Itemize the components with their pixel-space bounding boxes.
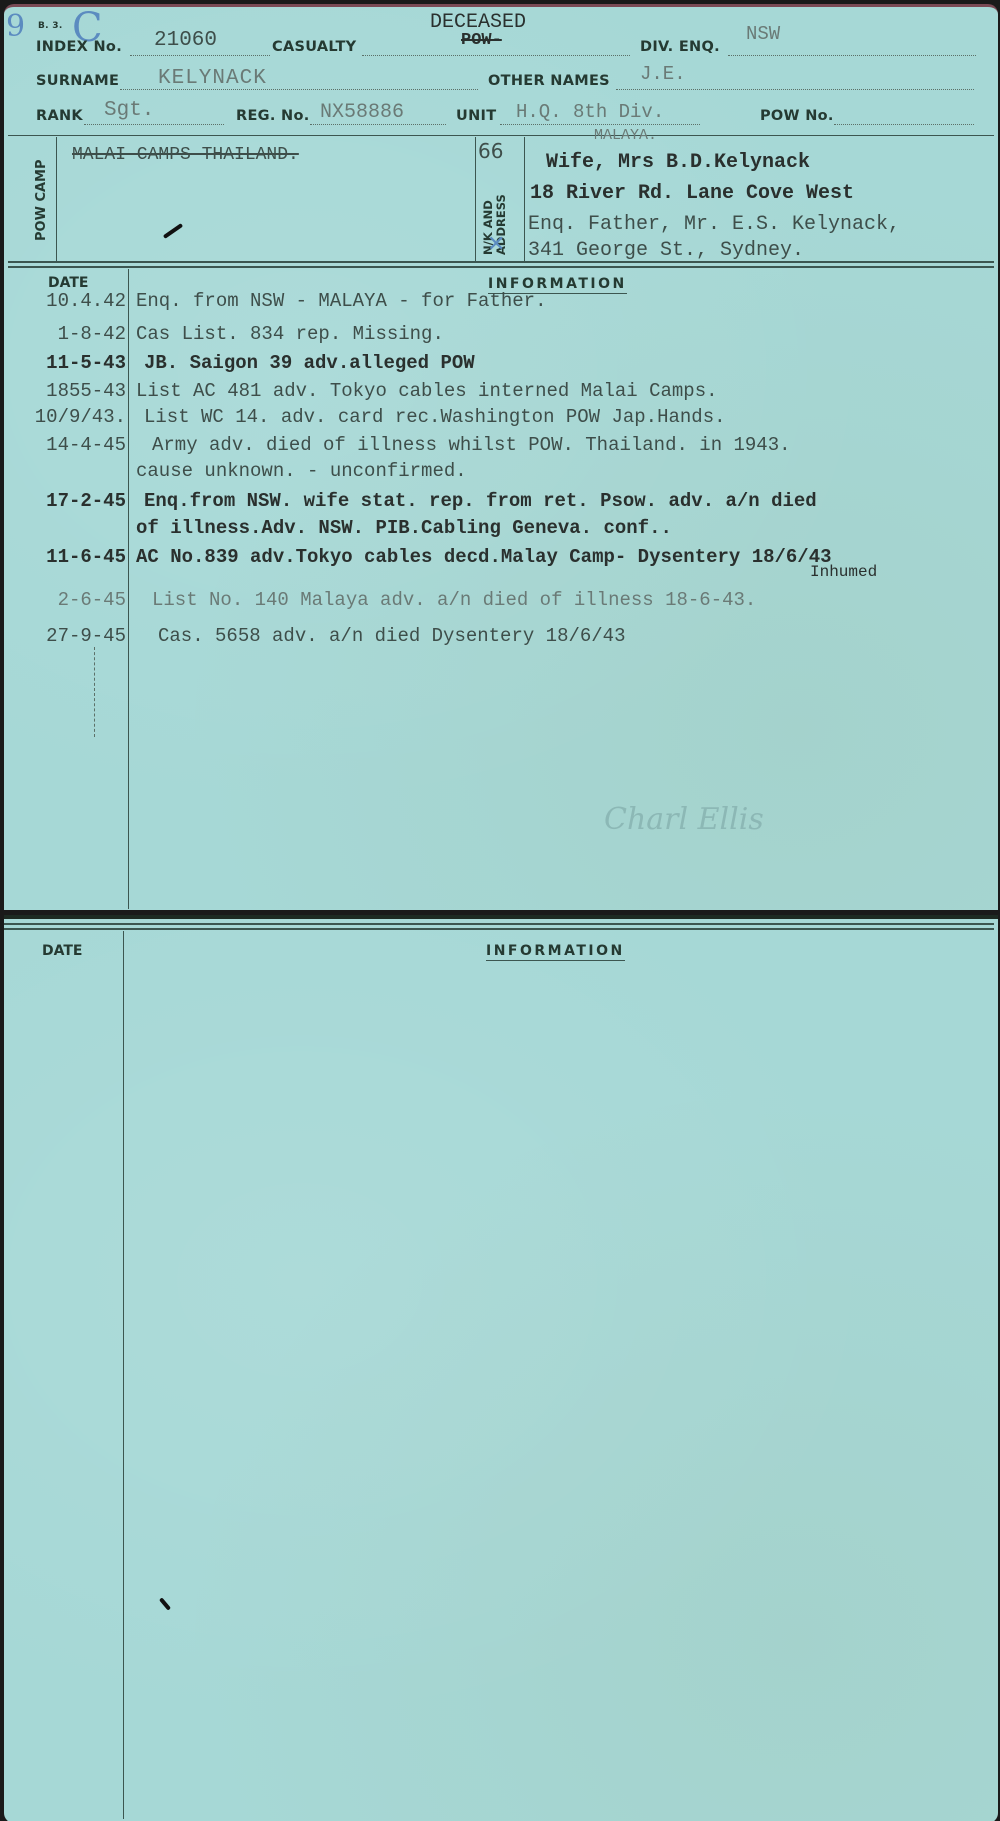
div-enq-label: DIV. ENQ. [640, 39, 720, 55]
nok-line-3: Enq. Father, Mr. E.S. Kelynack, [528, 213, 900, 236]
log-entry-date: 2-6-45 [4, 589, 126, 611]
log-entry-text: Cas. 5658 adv. a/n died Dysentery 18/6/4… [158, 625, 625, 647]
surname-label: SURNAME [36, 73, 119, 89]
other-names-value: J.E. [640, 63, 686, 85]
nok-region-note: MALAYA. [594, 127, 657, 144]
reg-no-label: REG. No. [236, 108, 310, 124]
back-info-header: INFORMATION [486, 943, 625, 961]
log-entry-date: 10/9/43. [4, 406, 126, 428]
box-top-rule [8, 135, 994, 136]
log-entry-date: 11-5-43 [4, 352, 126, 374]
rank-dots [84, 124, 224, 125]
pen-tick-mark [163, 223, 183, 239]
pow-camp-divider [56, 137, 57, 261]
div-enq-value: NSW [746, 23, 780, 45]
pencil-guide-line [94, 647, 95, 737]
log-entry-text: Enq.from NSW. wife stat. rep. from ret. … [144, 490, 817, 512]
log-entry-date: 17-2-45 [4, 490, 126, 512]
nok-line-2: 18 River Rd. Lane Cove West [530, 182, 854, 205]
log-entry-text: cause unknown. - unconfirmed. [136, 460, 467, 482]
reg-no-value: NX58886 [320, 101, 404, 124]
back-rule-1 [4, 923, 994, 925]
other-names-dots [616, 89, 974, 90]
casualty-struck-value: POW- [461, 31, 502, 50]
casualty-dots [362, 55, 630, 56]
form-code: B. 3. [38, 21, 63, 31]
div-enq-dots [728, 55, 976, 56]
nok-code: 66 [478, 139, 503, 163]
nok-line-4: 341 George St., Sydney. [528, 239, 804, 262]
log-entry-text: AC No.839 adv.Tokyo cables decd.Malay Ca… [136, 546, 832, 568]
index-no-value: 21060 [154, 29, 217, 52]
log-entry-text: List AC 481 adv. Tokyo cables interned M… [136, 380, 718, 402]
card-front: 9 B. 3. C INDEX No. 21060 CASUALTY DECEA… [4, 4, 998, 910]
reg-no-dots [310, 124, 446, 125]
log-entry-text: Enq. from NSW - MALAYA - for Father. [136, 290, 546, 312]
casualty-label: CASUALTY [272, 39, 357, 55]
log-double-rule-1 [8, 261, 994, 263]
rank-value: Sgt. [104, 99, 154, 122]
back-date-divider [123, 931, 124, 1819]
log-entry-date: 1-8-42 [4, 323, 126, 345]
unit-value: H.Q. 8th Div. [516, 101, 664, 123]
nok-left-divider [475, 137, 476, 261]
blue-x-mark: ✕ [487, 232, 505, 257]
other-names-label: OTHER NAMES [488, 73, 610, 89]
log-entry-date: 27-9-45 [4, 625, 126, 647]
log-entry-text: Army adv. died of illness whilst POW. Th… [152, 434, 791, 456]
pow-no-dots [834, 124, 974, 125]
index-no-label: INDEX No. [36, 39, 122, 55]
log-double-rule-2 [8, 266, 994, 268]
pencil-signature: Charl Ellis [604, 802, 764, 837]
ink-blot-mark [159, 1597, 171, 1610]
log-entry-date: 11-6-45 [4, 546, 126, 568]
log-entry-text: List WC 14. adv. card rec.Washington POW… [144, 406, 726, 428]
log-entry-date: 1855-43 [4, 380, 126, 402]
log-entry-text: Inhumed [810, 563, 877, 581]
unit-label: UNIT [456, 108, 496, 124]
nok-line-1: Wife, Mrs B.D.Kelynack [546, 151, 810, 174]
back-date-header: DATE [42, 943, 82, 959]
nok-label-divider [524, 137, 525, 261]
log-entry-date: 14-4-45 [4, 434, 126, 456]
margin-tick-mark: 9 [6, 9, 25, 44]
log-entry-date: 10.4.42 [4, 290, 126, 312]
unit-dots [500, 124, 700, 125]
surname-value: KELYNACK [158, 67, 267, 90]
log-date-header: DATE [48, 275, 88, 291]
log-date-divider [128, 269, 129, 909]
log-entry-text: Cas List. 834 rep. Missing. [136, 323, 444, 345]
pow-camp-value: MALAI CAMPS THAILAND. [72, 145, 299, 165]
pow-no-label: POW No. [760, 108, 834, 124]
log-entry-text: of illness.Adv. NSW. PIB.Cabling Geneva.… [136, 517, 672, 539]
log-entry-text: List No. 140 Malaya adv. a/n died of ill… [152, 589, 756, 611]
back-rule-2 [4, 928, 994, 930]
card-back: DATE INFORMATION [4, 915, 998, 1821]
rank-label: RANK [36, 108, 83, 124]
index-no-dots [130, 55, 270, 56]
log-entry-text: JB. Saigon 39 adv.alleged POW [144, 352, 475, 374]
pow-camp-label: POW CAMP [34, 159, 49, 241]
